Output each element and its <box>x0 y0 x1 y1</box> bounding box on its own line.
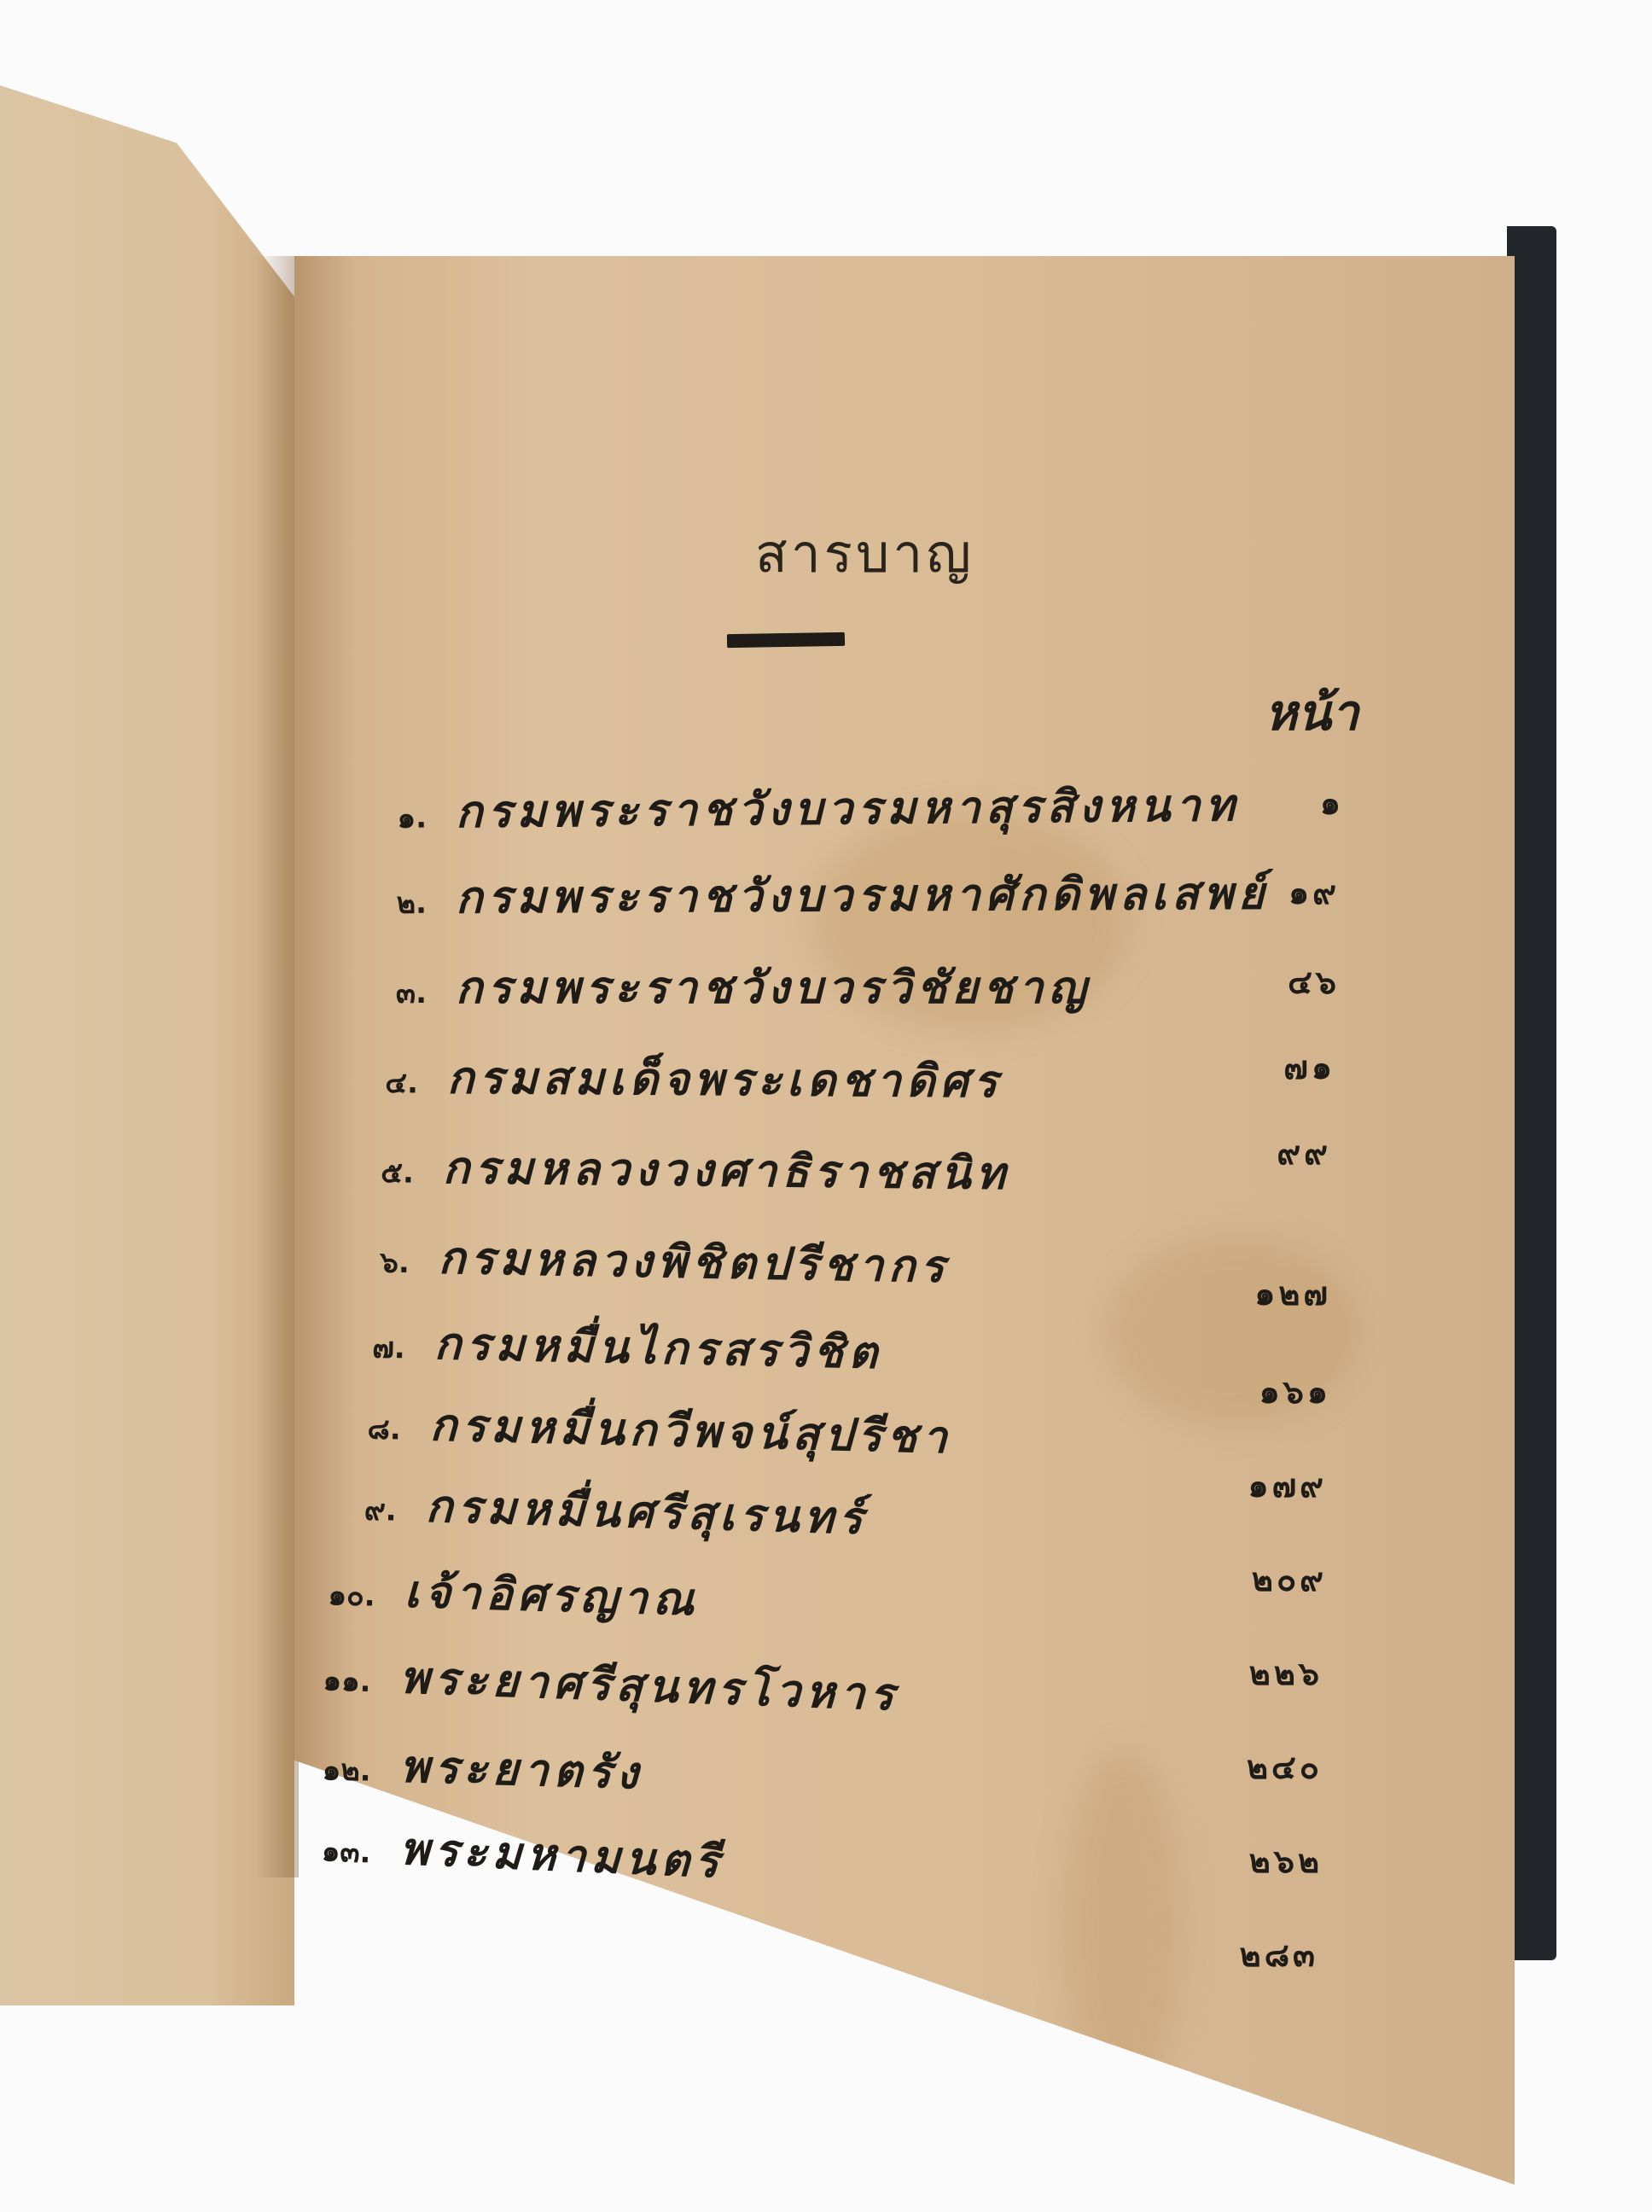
toc-entry: ๑. กรมพระราชวังบวรมหาสุรสิงหนาท <box>375 769 1241 847</box>
page-number: ๒๔๐ <box>1169 1741 1323 1793</box>
toc-entry: ๙. กรมหมื่นศรีสุเรนทร์ <box>345 1468 869 1553</box>
page-number: ๒๐๙ <box>1173 1553 1327 1605</box>
entry-name: กรมหลวงพิชิตปรีชากร <box>438 1222 950 1301</box>
entry-number: ๓. <box>375 969 427 1016</box>
page-number: ๙๙ <box>1178 1126 1331 1179</box>
page-number: ๑๙ <box>1186 866 1340 918</box>
left-page <box>0 85 294 2005</box>
entry-number: ๑๒. <box>319 1746 371 1794</box>
entry-number: ๑๐. <box>323 1571 375 1619</box>
entry-number: ๑๓. <box>319 1827 372 1875</box>
page-number: ๑ <box>1190 777 1344 829</box>
entry-number: ๗. <box>353 1324 405 1371</box>
page-column-heading: หน้า <box>1265 672 1358 752</box>
entry-name: พระยาตรัง <box>399 1731 644 1808</box>
entry-name: กรมพระราชวังบวรมหาศักดิพลเสพย์ <box>456 858 1270 933</box>
toc-entry: ๑๐. เจ้าอิศรญาณ <box>323 1553 701 1634</box>
entry-number: ๕. <box>363 1149 415 1196</box>
page-number: ๗๑ <box>1182 1041 1335 1093</box>
entry-name: พระมหามนตรี <box>398 1813 725 1897</box>
entry-name: กรมหลวงวงศาธิราชสนิท <box>443 1132 1011 1208</box>
toc-entry: ๖. กรมหลวงพิชิตปรีชากร <box>358 1220 950 1301</box>
title-underline <box>727 632 845 648</box>
toc-title: สารบาญ <box>755 512 974 596</box>
entry-number: ๖. <box>358 1238 410 1285</box>
page-number: ๒๒๖ <box>1169 1647 1323 1699</box>
entry-name: กรมหมื่นไกรสรวิชิต <box>433 1307 883 1388</box>
toc-entry: ๘. กรมหมื่นกวีพจน์สุปรีชา <box>349 1387 953 1472</box>
page-number: ๑๗๙ <box>1173 1459 1327 1511</box>
entry-number: ๒. <box>375 880 427 926</box>
page-number: ๒๘๓ <box>1165 1929 1318 1981</box>
page-number: ๒๖๒ <box>1169 1835 1323 1887</box>
toc-entry: ๗. กรมหมื่นไกรสรวิชิต <box>353 1306 883 1388</box>
entry-name: กรมสมเด็จพระเดชาดิศร <box>447 1042 1003 1117</box>
entry-number: ๘. <box>349 1405 401 1452</box>
entry-number: ๑๑. <box>319 1656 372 1704</box>
toc-entry: ๒. กรมพระราชวังบวรมหาศักดิพลเสพย์ <box>375 858 1270 933</box>
entry-number: ๔. <box>367 1059 418 1105</box>
entry-name: กรมพระราชวังบวรมหาสุรสิงหนาท <box>456 769 1241 847</box>
page-number: ๔๖ <box>1186 956 1340 1008</box>
entry-name: เจ้าอิศรญาณ <box>404 1556 701 1635</box>
toc-entry: ๕. กรมหลวงวงศาธิราชสนิท <box>363 1131 1011 1208</box>
entry-name: กรมหมื่นกวีพจน์สุปรีชา <box>429 1388 953 1472</box>
toc-entry: ๓. กรมพระราชวังบวรวิชัยชาญ <box>375 952 1091 1022</box>
toc-entry: ๑๒. พระยาตรัง <box>319 1728 644 1808</box>
page-number: ๑๒๗ <box>1178 1267 1331 1319</box>
toc-entry: ๔. กรมสมเด็จพระเดชาดิศร <box>367 1041 1003 1116</box>
page-number: ๑๖๑ <box>1178 1365 1331 1417</box>
entry-name: กรมพระราชวังบวรวิชัยชาญ <box>456 952 1091 1022</box>
left-page-gutter-shadow <box>256 256 299 1877</box>
entry-name: กรมหมื่นศรีสุเรนทร์ <box>425 1470 869 1553</box>
paper-stain <box>1062 1749 1182 2108</box>
entry-number: ๑. <box>375 794 427 841</box>
entry-number: ๙. <box>345 1486 397 1534</box>
